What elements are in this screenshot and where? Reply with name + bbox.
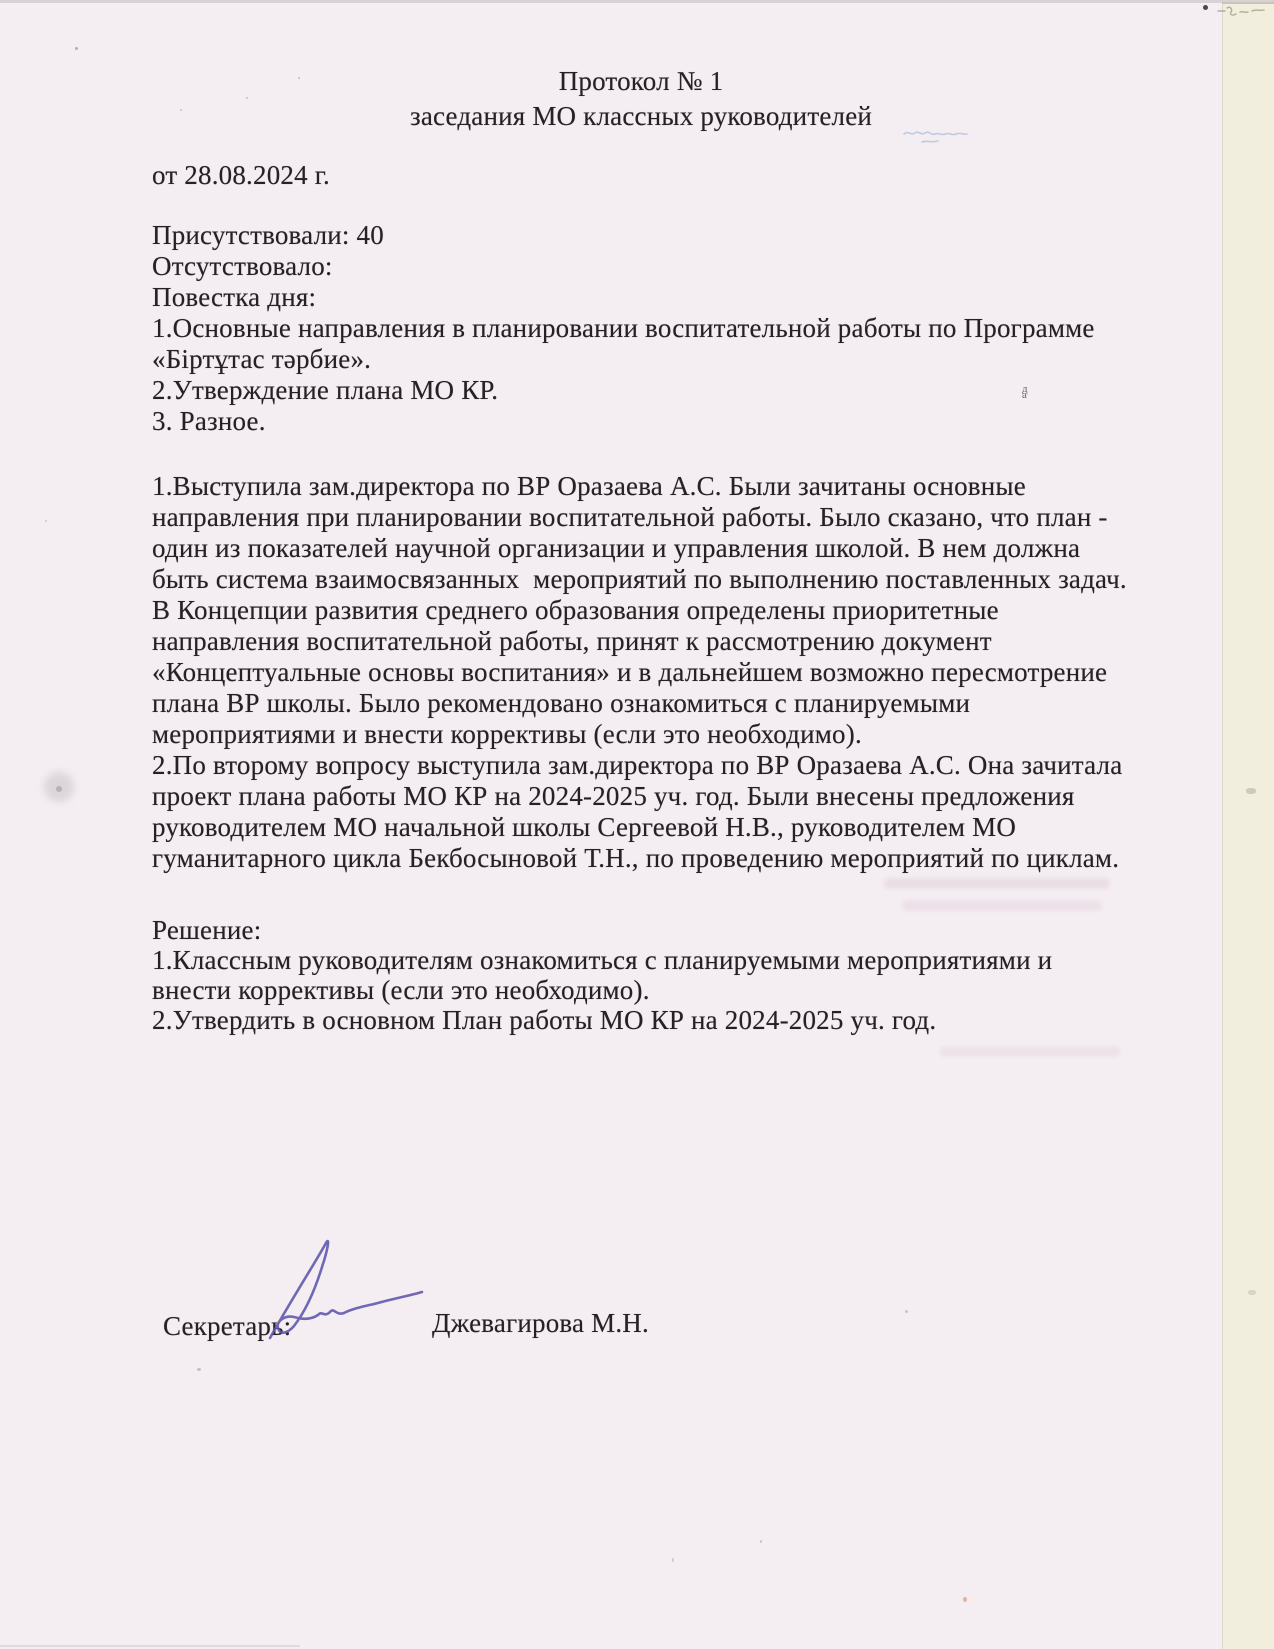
attendance-agenda-section: Присутствовали: 40Отсутствовало:Повестка… [152,220,1095,437]
text-line: В Концепции развития среднего образовани… [152,595,1127,626]
title-line-2: заседания МО классных руководителей [30,99,1252,134]
text-line: 1.Основные направления в планировании во… [152,313,1095,344]
text-line: проект плана работы МО КР на 2024-2025 у… [152,781,1127,812]
document-date: от 28.08.2024 г. [152,160,330,191]
ink-smudge-mark: да [1022,386,1028,398]
text-line: гуманитарного цикла Бекбосыновой Т.Н., п… [152,843,1127,874]
scan-speck [672,1558,674,1562]
scan-speck [197,1368,201,1371]
scan-speck [760,1540,762,1543]
minutes-body-section: 1.Выступила зам.директора по ВР Оразаева… [152,471,1127,874]
scan-speck [610,1331,612,1333]
scanner-edge-strip [1222,0,1274,1649]
text-line: 3. Разное. [152,406,1095,437]
scanned-document-page: Протокол № 1 заседания МО классных руков… [0,0,1274,1649]
text-line: руководителем МО начальной школы Сергеев… [152,812,1127,843]
text-line: 2.Утвердить в основном План работы МО КР… [152,1005,1052,1035]
scan-speck [298,77,300,79]
scan-speck [963,1597,967,1602]
scan-speck [1203,5,1208,10]
scan-speck [180,109,182,111]
scan-speck [56,786,62,792]
scan-speck [75,47,78,50]
document-title: Протокол № 1 заседания МО классных руков… [30,64,1252,134]
title-line-1: Протокол № 1 [30,64,1252,99]
text-line: 1.Выступила зам.директора по ВР Оразаева… [152,471,1127,502]
text-line: Повестка дня: [152,282,1095,313]
text-line: Присутствовали: 40 [152,220,1095,251]
text-line: Решение: [152,915,1052,945]
text-line: внести коррективы (если это необходимо). [152,975,1052,1005]
decision-section: Решение:1.Классным руководителям ознаком… [152,915,1052,1035]
text-line: 1.Классным руководителям ознакомиться с … [152,945,1052,975]
text-line: плана ВР школы. Было рекомендовано ознак… [152,688,1127,719]
scan-speck [1246,788,1256,794]
text-line: 2.По второму вопросу выступила зам.дирек… [152,750,1127,781]
text-line: направления воспитательной работы, приня… [152,626,1127,657]
text-line: направления при планировании воспитатель… [152,502,1127,533]
scan-bottom-edge [0,1645,300,1647]
bleedthrough-ghost [940,1046,1120,1057]
text-line: 2.Утверждение плана МО КР. [152,375,1095,406]
secretary-name: Джевагирова М.Н. [432,1308,649,1339]
scan-speck [905,1310,908,1313]
scan-speck [45,520,47,522]
scan-speck [246,97,248,99]
bleedthrough-ghost [884,878,1110,889]
text-line: один из показателей научной организации … [152,533,1127,564]
text-line: быть система взаимосвязанных мероприятий… [152,564,1127,595]
bleedthrough-ghost [902,900,1102,911]
text-line: мероприятиями и внести коррективы (если … [152,719,1127,750]
text-line: «Концептуальные основы воспитания» и в д… [152,657,1127,688]
secretary-signature [262,1236,437,1351]
text-line: «Біртұтас тәрбие». [152,344,1095,375]
scan-top-edge [0,0,1274,3]
scan-speck [1248,1290,1256,1295]
text-line: Отсутствовало: [152,251,1095,282]
pencil-note-handwriting [1216,2,1274,24]
